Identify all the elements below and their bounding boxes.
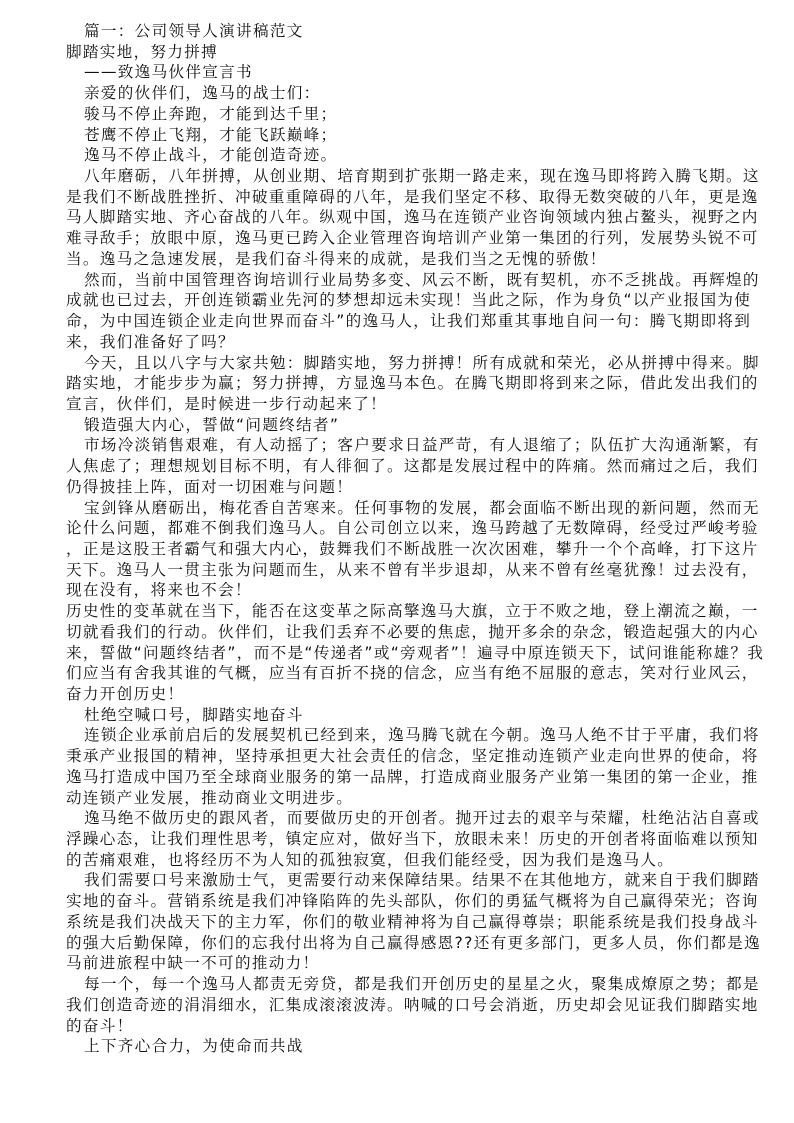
body-line: 系统是我们决战天下的主力军，你们的敬业精神将为自己赢得尊崇；职能系统是我们投身战… [66, 912, 726, 933]
body-line: 然而，当前中国管理咨询培训行业局势多变、风云不断，既有契机，亦不乏挑战。再辉煌的 [66, 270, 726, 291]
body-line: 的强大后勤保障，你们的忘我付出将为自己赢得感恩??还有更多部门，更多人员，你们都… [66, 933, 726, 954]
body-line: 今天，且以八字与大家共勉：脚踏实地，努力拼搏！所有成就和荣光，必从拼搏中得来。脚 [66, 353, 726, 374]
body-line: 的奋斗！ [66, 1016, 726, 1037]
body-line: 上下齐心合力，为使命而共战 [66, 1036, 726, 1057]
body-line: 实地的奋斗。营销系统是我们冲锋陷阵的先头部队，你们的勇猛气概将为自己赢得荣光；咨… [66, 891, 726, 912]
body-line: 现在没有，将来也不会！ [66, 580, 726, 601]
document-page: 篇一：公司领导人演讲稿范文 脚踏实地，努力拼搏 ——致逸马伙伴宣言书 亲爱的伙伴… [66, 21, 726, 1057]
body-line: 的苦痛艰难，也将经历不为人知的孤独寂寞，但我们能经受，因为我们是逸马人。 [66, 850, 726, 871]
body-line: 逸马打造成中国乃至全球商业服务的第一品牌，打造成商业服务产业第一集团的第一企业，… [66, 767, 726, 788]
body-line: 宝剑锋从磨砺出，梅花香自苦寒来。任何事物的发展，都会面临不断出现的新问题，然而无 [66, 498, 726, 519]
body-line: 天下。逸马人一贯主张为问题而生，从来不曾有半步退却，从来不曾有丝毫犹豫！过去没有… [66, 560, 726, 581]
body-line: 当。逸马之急速发展，是我们奋斗得来的成就，是我们当之无愧的骄傲！ [66, 249, 726, 270]
document-heading: 脚踏实地，努力拼搏 [66, 42, 726, 63]
body-line: 论什么问题，都难不倒我们逸马人。自公司创立以来，逸马跨越了无数障碍，经受过严峻考… [66, 518, 726, 539]
body-line: 秉承产业报国的精神，坚持承担更大社会责任的信念，坚定推动连锁产业走向世界的使命，… [66, 746, 726, 767]
body-line: 八年磨砺，八年拼搏，从创业期、培育期到扩张期一路走来，现在逸马即将跨入腾飞期。这 [66, 166, 726, 187]
body-line: 踏实地，才能步步为赢；努力拼搏，方显逸马本色。在腾飞期即将到来之际，借此发出我们… [66, 373, 726, 394]
body-line: ，正是这股王者霸气和强大内心，鼓舞我们不断战胜一次次困难，攀升一个个高峰，打下这… [66, 539, 726, 560]
body-line: 市场冷淡销售艰难，有人动摇了；客户要求日益严苛，有人退缩了；队伍扩大沟通渐繁，有 [66, 435, 726, 456]
body-line: 来，我们准备好了吗？ [66, 332, 726, 353]
body-line: 浮躁心态，让我们理性思考，镇定应对，做好当下，放眼未来！历史的开创者将面临难以预… [66, 829, 726, 850]
body-line: 锻造强大内心，誓做“问题终结者” [66, 415, 726, 436]
body-line: 我们创造奇迹的涓涓细水，汇集成滚滚波涛。呐喊的口号会消逝，历史却会见证我们脚踏实… [66, 995, 726, 1016]
body-line: 逸马绝不做历史的跟风者，而要做历史的开创者。抛开过去的艰辛与荣耀，杜绝沾沾自喜或 [66, 808, 726, 829]
body-line: 宣言，伙伴们，是时候进一步行动起来了！ [66, 394, 726, 415]
body-line: 来，誓做“问题终结者”，而不是“传递者”或“旁观者”！遍寻中原连锁天下，试问谁能… [66, 643, 726, 664]
body-line: 我们需要口号来激励士气，更需要行动来保障结果。结果不在其他地方，就来自于我们脚踏 [66, 870, 726, 891]
body-line: 亲爱的伙伴们，逸马的战士们： [66, 83, 726, 104]
body-line: 们应当有舍我其谁的气概，应当有百折不挠的信念，应当有绝不屈服的意志，笑对行业风云… [66, 663, 726, 684]
document-body: 亲爱的伙伴们，逸马的战士们：骏马不停止奔跑，才能到达千里；苍鹰不停止飞翔，才能飞… [66, 83, 726, 1057]
body-line: 苍鹰不停止飞翔，才能飞跃巅峰； [66, 125, 726, 146]
body-line: 是我们不断战胜挫折、冲破重重障碍的八年，是我们坚定不移、取得无数突破的八年，更是… [66, 187, 726, 208]
body-line: 动连锁产业发展，推动商业文明进步。 [66, 788, 726, 809]
body-line: 奋力开创历史！ [66, 684, 726, 705]
body-line: 骏马不停止奔跑，才能到达千里； [66, 104, 726, 125]
body-line: 历史性的变革就在当下，能否在这变革之际高擎逸马大旗，立于不败之地，登上潮流之巅，… [66, 601, 726, 622]
body-line: 切就看我们的行动。伙伴们，让我们丢弃不必要的焦虑，抛开多余的杂念，锻造起强大的内… [66, 622, 726, 643]
body-line: 仍得披挂上阵，面对一切困难与问题！ [66, 477, 726, 498]
body-line: 连锁企业承前启后的发展契机已经到来，逸马腾飞就在今朝。逸马人绝不甘于平庸，我们将 [66, 725, 726, 746]
body-line: 逸马不停止战斗，才能创造奇迹。 [66, 145, 726, 166]
body-line: 马人脚踏实地、齐心奋战的八年。纵观中国，逸马在连锁产业咨询领域内独占鳌头，视野之… [66, 207, 726, 228]
document-title: 篇一：公司领导人演讲稿范文 [66, 21, 726, 42]
body-line: 成就也已过去，开创连锁霸业先河的梦想却远未实现！当此之际，作为身负“以产业报国为… [66, 290, 726, 311]
body-line: 命，为中国连锁企业走向世界而奋斗”的逸马人，让我们郑重其事地自问一句：腾飞期即将… [66, 311, 726, 332]
body-line: 难寻敌手；放眼中原，逸马更已跨入企业管理咨询培训产业第一集团的行列，发展势头锐不… [66, 228, 726, 249]
document-subheading: ——致逸马伙伴宣言书 [66, 62, 726, 83]
body-line: 杜绝空喊口号，脚踏实地奋斗 [66, 705, 726, 726]
body-line: 每一个，每一个逸马人都责无旁贷，都是我们开创历史的星星之火，聚集成燎原之势；都是 [66, 974, 726, 995]
body-line: 马前进旅程中缺一不可的推动力！ [66, 953, 726, 974]
body-line: 人焦虑了；理想规划目标不明，有人徘徊了。这都是发展过程中的阵痛。然而痛过之后，我… [66, 456, 726, 477]
